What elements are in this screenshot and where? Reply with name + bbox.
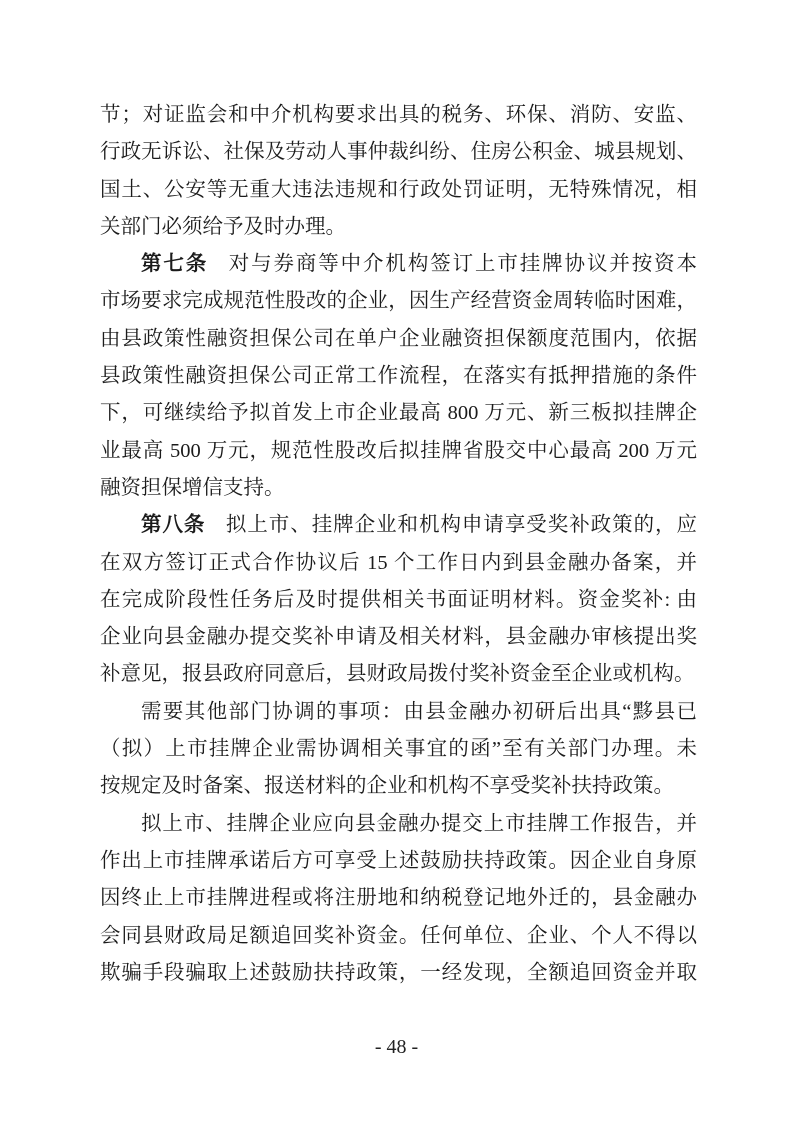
page-number: - 48 - [375,1036,418,1058]
text-line: 第八条拟上市、挂牌企业和机构申请享受奖补政策的，应 [100,507,697,544]
text-line: 因终止上市挂牌进程或将注册地和纳税登记地外迁的，县金融办 [100,880,697,917]
text-line: 欺骗手段骗取上述鼓励扶持政策，一经发现，全额追回资金并取 [100,955,697,992]
text-line: 在完成阶段性任务后及时提供相关书面证明材料。资金奖补: 由 [100,582,697,619]
text-line: 由县政策性融资担保公司在单户企业融资担保额度范围内，依据 [100,321,697,358]
document-body: 节；对证监会和中介机构要求出具的税务、环保、消防、安监、行政无诉讼、社保及劳动人… [100,97,697,992]
text-line: 行政无诉讼、社保及劳动人事仲裁纠纷、住房公积金、城县规划、 [100,134,697,171]
text-line: 需要其他部门协调的事项：由县金融办初研后出具“黟县已 [100,694,697,731]
text-line: （拟）上市挂牌企业需协调相关事宜的函”至有关部门办理。未 [100,731,697,768]
article-number: 第七条 [141,253,208,275]
text-line: 市场要求完成规范性股改的企业，因生产经营资金周转临时困难， [100,283,697,320]
text-line: 补意见，报县政府同意后，县财政局拨付奖补资金至企业或机构。 [100,656,697,693]
document-page: 节；对证监会和中介机构要求出具的税务、环保、消防、安监、行政无诉讼、社保及劳动人… [0,0,793,1122]
text-line: 第七条对与券商等中介机构签订上市挂牌协议并按资本 [100,246,697,283]
text-line: 企业向县金融办提交奖补申请及相关材料，县金融办审核提出奖 [100,619,697,656]
page-footer: - 48 - [0,1036,793,1059]
text-line: 关部门必须给予及时办理。 [100,209,697,246]
text-line: 国土、公安等无重大违法违规和行政处罚证明，无特殊情况，相 [100,172,697,209]
text-line: 县政策性融资担保公司正常工作流程，在落实有抵押措施的条件 [100,358,697,395]
article-number: 第八条 [141,514,205,536]
text-line: 节；对证监会和中介机构要求出具的税务、环保、消防、安监、 [100,97,697,134]
text-line: 会同县财政局足额追回奖补资金。任何单位、企业、个人不得以 [100,918,697,955]
text-line: 业最高 500 万元，规范性股改后拟挂牌省股交中心最高 200 万元 [100,433,697,470]
text-line: 下，可继续给予拟首发上市企业最高 800 万元、新三板拟挂牌企 [100,395,697,432]
text-line: 作出上市挂牌承诺后方可享受上述鼓励扶持政策。因企业自身原 [100,843,697,880]
text-line: 融资担保增信支持。 [100,470,697,507]
text-line: 按规定及时备案、报送材料的企业和机构不享受奖补扶持政策。 [100,768,697,805]
text-line: 拟上市、挂牌企业应向县金融办提交上市挂牌工作报告，并 [100,806,697,843]
text-line: 在双方签订正式合作协议后 15 个工作日内到县金融办备案，并 [100,545,697,582]
